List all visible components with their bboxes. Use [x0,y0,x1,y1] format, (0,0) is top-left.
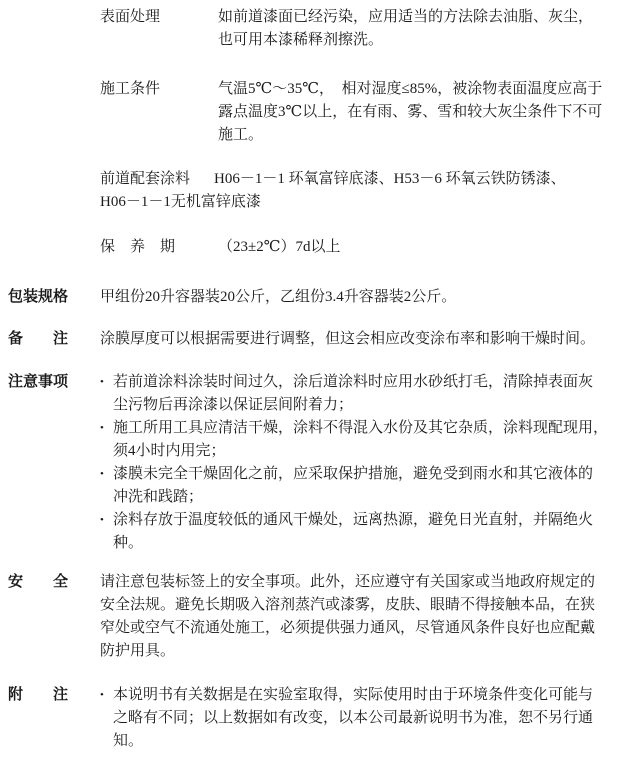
text-line: H06－1－1无机富锌底漆 [100,191,628,214]
row-packaging: 包装规格 甲组份20升容器装20公斤，乙组份3.4升容器装2公斤。 [8,286,628,309]
label-curing-period: 保 养 期 [100,236,218,259]
subrow-curing-period: 保 养 期 （23±2℃）7d以上 [100,236,628,259]
bullet-dot-icon: • [100,417,113,440]
text-line: 漆膜未完全干燥固化之前，应采取保护措施，避免受到雨水和其它液体的 [113,463,628,486]
bullet-item: • 若前道涂料涂装时间过久，涂后道涂料时应用水砂纸打毛，清除掉表面灰 尘污物后再… [100,371,628,417]
label-preceding-coats: 前道配套涂料 [100,171,190,187]
bullet-text: 涂料存放于温度较低的通风干燥处，远离热源，避免日光直射，并隔绝火 种。 [113,509,628,555]
text-line: 尘污物后再涂漆以保证层间附着力； [113,394,628,417]
text-line: 也可用本漆稀释剂擦洗。 [218,29,628,52]
preceding-coats-text: 前道配套涂料H06－1－1 环氧富锌底漆、H53－6 环氧云铁防锈漆、 H06－… [100,168,628,214]
text-line: 本说明书有关数据是在实验室取得，实际使用时由于环境条件变化可能与 [113,684,628,707]
text-line: 种。 [113,532,628,555]
bullet-text: 若前道涂料涂装时间过久，涂后道涂料时应用水砂纸打毛，清除掉表面灰 尘污物后再涂漆… [113,371,628,417]
text-line: （23±2℃）7d以上 [218,236,628,259]
row-preceding-coats: 前道配套涂料H06－1－1 环氧富锌底漆、H53－6 环氧云铁防锈漆、 H06－… [8,168,628,214]
surface-treatment-text: 如前道漆面已经污染，应用适当的方法除去油脂、灰尘， 也可用本漆稀释剂擦洗。 [218,6,628,52]
bullet-text: 施工所用工具应清洁干燥，涂料不得混入水份及其它杂质，涂料现配现用， 须4小时内用… [113,417,628,463]
text-line: 涂料存放于温度较低的通风干燥处，远离热源，避免日光直射，并隔绝火 [113,509,628,532]
subrow-surface-treatment: 表面处理 如前道漆面已经污染，应用适当的方法除去油脂、灰尘， 也可用本漆稀释剂擦… [100,6,628,52]
label-remarks: 备 注 [8,328,68,351]
row-precautions: 注意事项 • 若前道涂料涂装时间过久，涂后道涂料时应用水砂纸打毛，清除掉表面灰 … [8,371,628,555]
row-content: 表面处理 如前道漆面已经污染，应用适当的方法除去油脂、灰尘， 也可用本漆稀释剂擦… [100,6,628,52]
bullet-text: 本说明书有关数据是在实验室取得，实际使用时由于环境条件变化可能与 之略有不同；以… [113,684,628,753]
text-line: 如前道漆面已经污染，应用适当的方法除去油脂、灰尘， [218,6,628,29]
bullet-item: • 漆膜未完全干燥固化之前，应采取保护措施，避免受到雨水和其它液体的 冲洗和践踏… [100,463,628,509]
bullet-item: • 涂料存放于温度较低的通风干燥处，远离热源，避免日光直射，并隔绝火 种。 [100,509,628,555]
notes-list: • 本说明书有关数据是在实验室取得，实际使用时由于环境条件变化可能与 之略有不同… [100,684,628,753]
row-safety: 安 全 请注意包装标签上的安全事项。此外，还应遵守有关国家或当地政府规定的 安全… [8,571,628,663]
application-conditions-text: 气温5℃～35℃， 相对湿度≤85%，被涂物表面温度应高于 露点温度3℃以上，在… [218,78,628,147]
bullet-item: • 本说明书有关数据是在实验室取得，实际使用时由于环境条件变化可能与 之略有不同… [100,684,628,753]
text-line: 露点温度3℃以上，在有雨、雾、雪和较大灰尘条件下不可 [218,101,628,124]
bullet-dot-icon: • [100,463,113,486]
text-line: 施工。 [218,124,628,147]
row-application-conditions: 施工条件 气温5℃～35℃， 相对湿度≤85%，被涂物表面温度应高于 露点温度3… [8,78,628,147]
bullet-dot-icon: • [100,684,113,707]
precautions-list: • 若前道涂料涂装时间过久，涂后道涂料时应用水砂纸打毛，清除掉表面灰 尘污物后再… [100,371,628,555]
bullet-text: 漆膜未完全干燥固化之前，应采取保护措施，避免受到雨水和其它液体的 冲洗和践踏； [113,463,628,509]
label-surface-treatment: 表面处理 [100,6,218,29]
row-curing-period: 保 养 期 （23±2℃）7d以上 [8,236,628,259]
remarks-text: 涂膜厚度可以根据需要进行调整，但这会相应改变涂布率和影响干燥时间。 [100,328,628,351]
packaging-text: 甲组份20升容器装20公斤，乙组份3.4升容器装2公斤。 [100,286,628,309]
bullet-dot-icon: • [100,371,113,394]
datasheet-page: 表面处理 如前道漆面已经污染，应用适当的方法除去油脂、灰尘， 也可用本漆稀释剂擦… [0,0,644,762]
text-line: 甲组份20升容器装20公斤，乙组份3.4升容器装2公斤。 [100,286,628,309]
safety-text: 请注意包装标签上的安全事项。此外，还应遵守有关国家或当地政府规定的 安全法规。避… [100,571,628,663]
row-remarks: 备 注 涂膜厚度可以根据需要进行调整，但这会相应改变涂布率和影响干燥时间。 [8,328,628,351]
row-surface-treatment: 表面处理 如前道漆面已经污染，应用适当的方法除去油脂、灰尘， 也可用本漆稀释剂擦… [8,6,628,52]
subrow-application-conditions: 施工条件 气温5℃～35℃， 相对湿度≤85%，被涂物表面温度应高于 露点温度3… [100,78,628,147]
text-line: 之略有不同；以上数据如有改变，以本公司最新说明书为准，恕不另行通 [113,707,628,730]
text-line: 若前道涂料涂装时间过久，涂后道涂料时应用水砂纸打毛，清除掉表面灰 [113,371,628,394]
text-line: 安全法规。避免长期吸入溶剂蒸汽或漆雾，皮肤、眼睛不得接触本品，在狭 [100,594,628,617]
text-line: 请注意包装标签上的安全事项。此外，还应遵守有关国家或当地政府规定的 [100,571,628,594]
text-line: 须4小时内用完； [113,440,628,463]
text-line: 窄处或空气不流通处施工，必须提供强力通风，尽管通风条件良好也应配戴 [100,617,628,640]
label-packaging: 包装规格 [8,286,68,309]
text-line: 知。 [113,730,628,753]
label-application-conditions: 施工条件 [100,78,218,101]
bullet-dot-icon: • [100,509,113,532]
label-notes: 附 注 [8,684,68,707]
row-notes: 附 注 • 本说明书有关数据是在实验室取得，实际使用时由于环境条件变化可能与 之… [8,684,628,753]
text-line: 涂膜厚度可以根据需要进行调整，但这会相应改变涂布率和影响干燥时间。 [100,328,628,351]
text-segment: H06－1－1 环氧富锌底漆、H53－6 环氧云铁防锈漆、 [214,171,566,187]
text-line: 施工所用工具应清洁干燥，涂料不得混入水份及其它杂质，涂料现配现用， [113,417,628,440]
text-line: 气温5℃～35℃， 相对湿度≤85%，被涂物表面温度应高于 [218,78,628,101]
text-line: 冲洗和践踏； [113,486,628,509]
row-content: 保 养 期 （23±2℃）7d以上 [100,236,628,259]
row-content: 施工条件 气温5℃～35℃， 相对湿度≤85%，被涂物表面温度应高于 露点温度3… [100,78,628,147]
text-line: 防护用具。 [100,640,628,663]
curing-period-text: （23±2℃）7d以上 [218,236,628,259]
bullet-item: • 施工所用工具应清洁干燥，涂料不得混入水份及其它杂质，涂料现配现用， 须4小时… [100,417,628,463]
label-safety: 安 全 [8,571,68,594]
label-precautions: 注意事项 [8,371,68,394]
text-line: 前道配套涂料H06－1－1 环氧富锌底漆、H53－6 环氧云铁防锈漆、 [100,168,628,191]
